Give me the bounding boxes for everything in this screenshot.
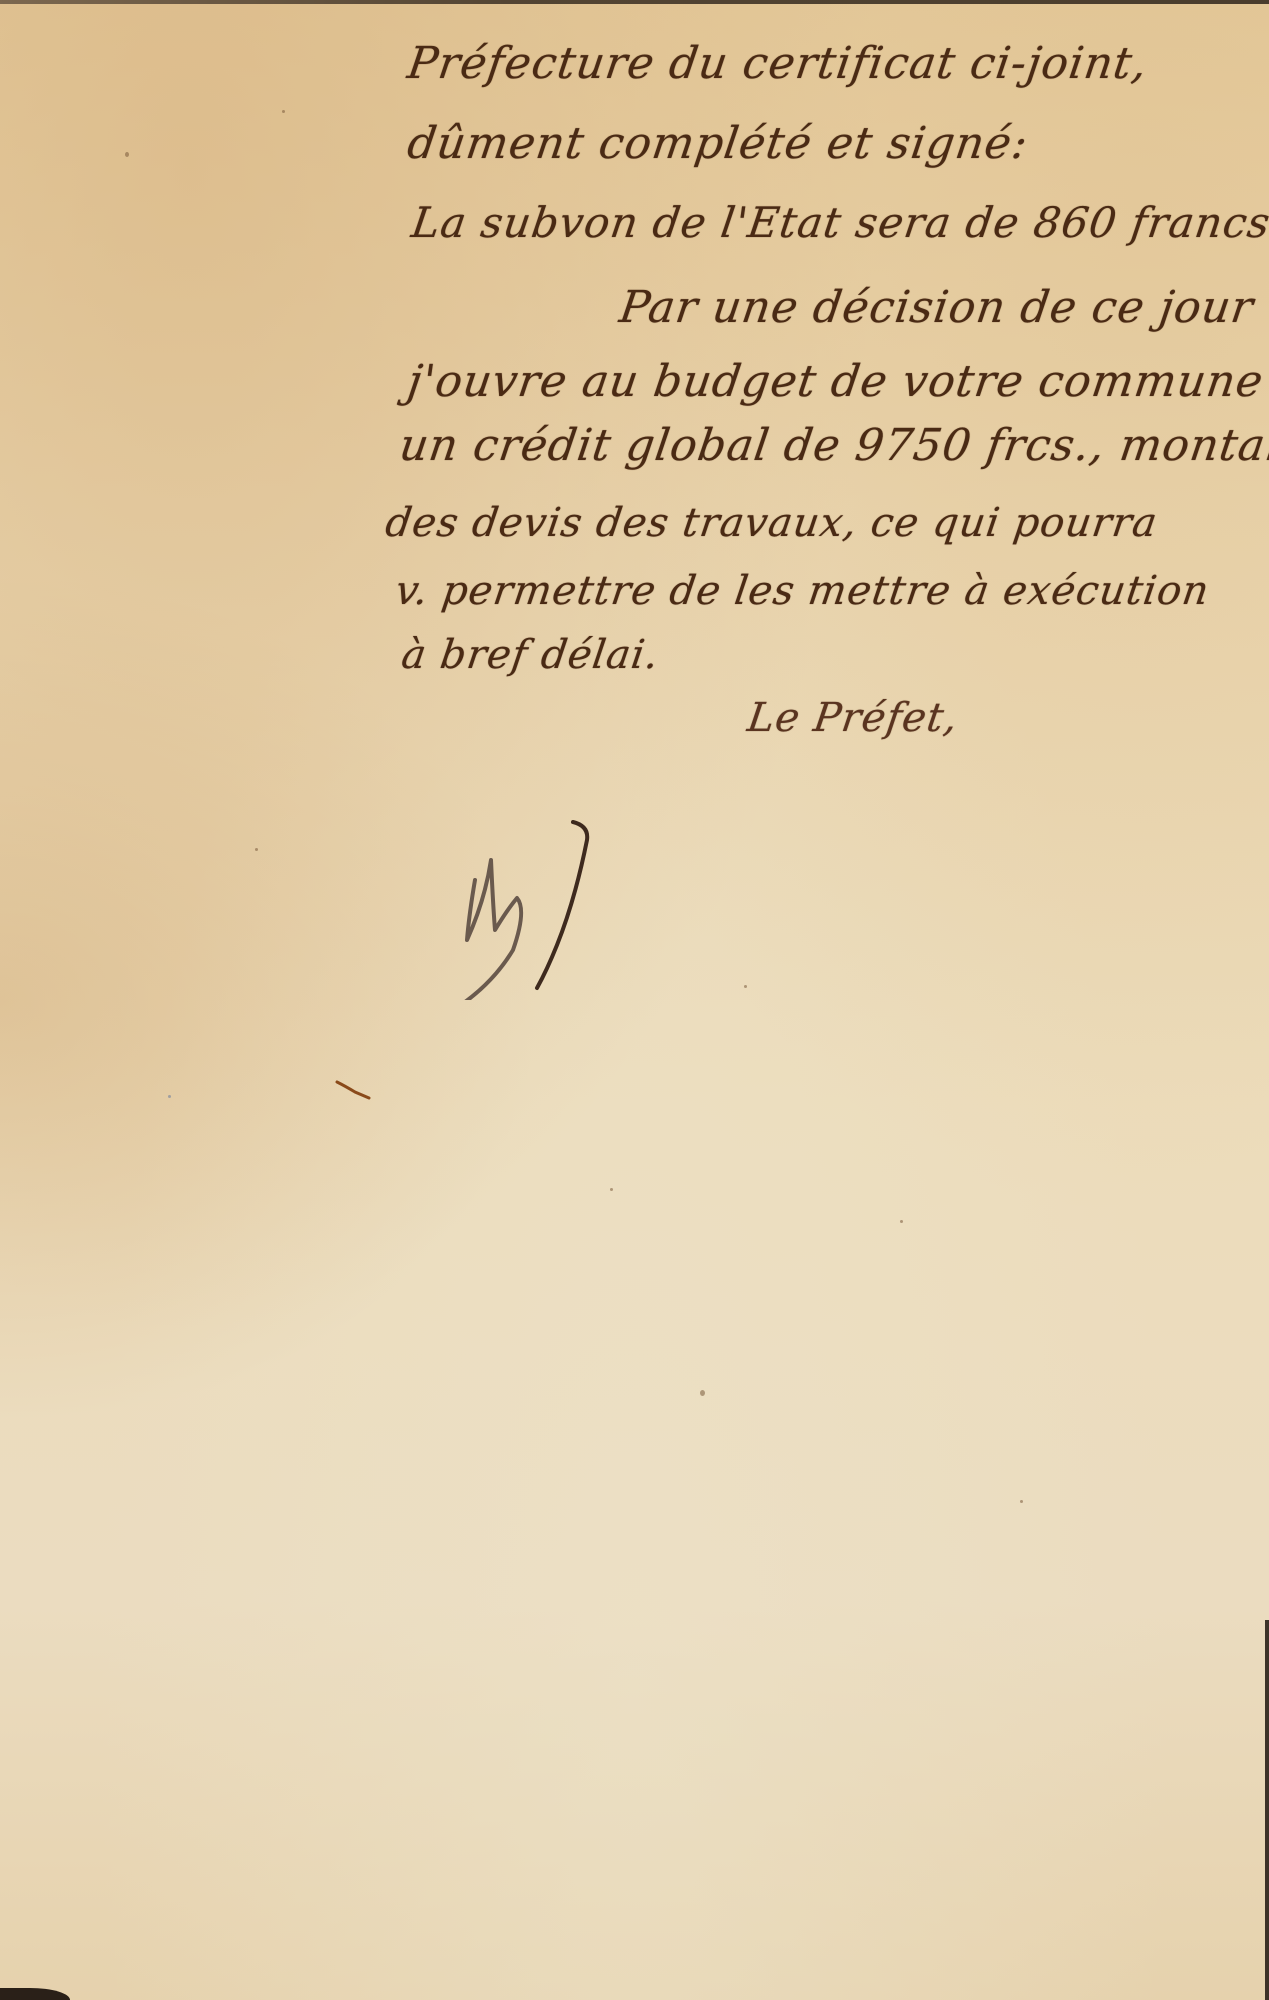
ink-stroke-mark [335,1080,375,1100]
signature-initials [455,740,655,1000]
text-line-3: La subvon de l'Etat sera de 860 francs. [409,198,1269,247]
text-line-8: v. permettre de les mettre à exécution [393,568,1213,614]
text-line-7: des devis des travaux, ce qui pourra [383,500,1161,546]
paper-speck [900,1220,903,1223]
document-page: Préfecture du certificat ci-joint, dûmen… [0,0,1269,2000]
text-line-9: à bref délai. [399,632,662,678]
text-line-5: j'ouvre au budget de votre commune [404,356,1266,407]
paper-speck [168,1095,171,1098]
text-line-6: un crédit global de 9750 frcs., montant [396,420,1269,471]
paper-speck [610,1188,613,1191]
text-line-4: Par une décision de ce jour [616,282,1257,333]
text-line-1: Préfecture du certificat ci-joint, [404,38,1151,89]
text-line-2: dûment complété et signé: [404,118,1031,169]
page-corner-shadow [0,1988,70,2000]
closing-le-prefet: Le Préfet, [745,695,961,741]
page-right-edge-shadow [1265,1620,1269,2000]
paper-speck [1020,1500,1023,1503]
paper-speck [700,1390,705,1396]
